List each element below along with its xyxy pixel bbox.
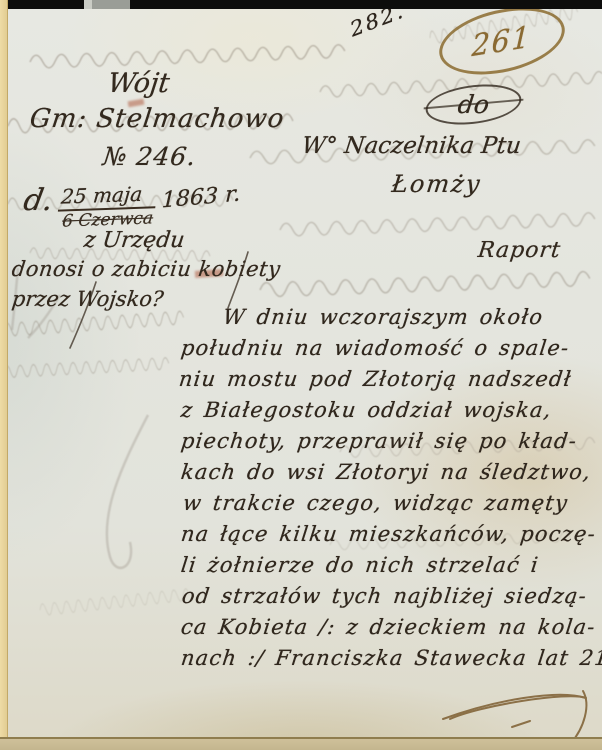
oval-stamp-number: 261 [471, 19, 532, 64]
body-line: od strzałów tych najbliżej siedzą- [180, 581, 602, 612]
subject-note-line3: przez Wojsko? [11, 287, 165, 311]
body-line: kach do wsi Złotoryi na śledztwo, [179, 457, 602, 488]
scan-edge-left [0, 0, 8, 750]
scan-edge-top-segment [84, 0, 92, 9]
date-prefix: d. [21, 183, 56, 218]
subject-note-line1: z Urzędu [82, 228, 186, 253]
registry-number: № 246. [101, 142, 198, 171]
body-line: z Białegostoku oddział wojska, [179, 395, 602, 426]
body-line: ca Kobieta /: z dzieckiem na kola- [179, 612, 602, 643]
recipient-place: Łomży [390, 170, 483, 198]
date-year: 1863 r. [162, 182, 241, 214]
scan-edge-top-segment [92, 0, 130, 9]
body-line: południu na wiadomość o spale- [179, 333, 602, 364]
body-line: piechoty, przeprawił się po kład- [179, 426, 602, 457]
body-line: w trakcie czego, widząc zamęty [181, 488, 602, 519]
body-line: na łące kilku mieszkańców, poczę- [179, 519, 602, 550]
recipient-do-circled: do [450, 90, 497, 119]
date-julian: 25 maja [58, 181, 157, 211]
recipient-addressee: W° Naczelnika Ptu [300, 133, 522, 159]
letter-body: W dniu wczorajszym okołopołudniu na wiad… [181, 302, 601, 674]
body-line: W dniu wczorajszym około [179, 302, 602, 333]
body-line: niu mostu pod Złotorją nadszedł [177, 364, 602, 395]
body-line: nach :/ Franciszka Stawecka lat 21. [179, 643, 602, 674]
scan-edge-bottom [0, 737, 602, 750]
sender-gmina-name: Gm: Stelmachowo [28, 104, 286, 134]
side-note-raport: Raport [476, 238, 562, 263]
subject-note-line2: donosi o zabiciu kobiety [11, 257, 282, 281]
sender-office-title: Wójt [106, 68, 171, 99]
registrar-oval-stamp: 261 [433, 0, 572, 86]
date-fraction: 25 maja 6 Czerwca [55, 183, 157, 230]
body-line: li żołnierze do nich strzelać i [179, 550, 602, 581]
scanned-letter-page: 282. 261 Wójt Gm: Stelmachowo № 246. d. … [0, 0, 602, 750]
letter-date: d. 25 maja 6 Czerwca 1863 r. [24, 183, 240, 230]
